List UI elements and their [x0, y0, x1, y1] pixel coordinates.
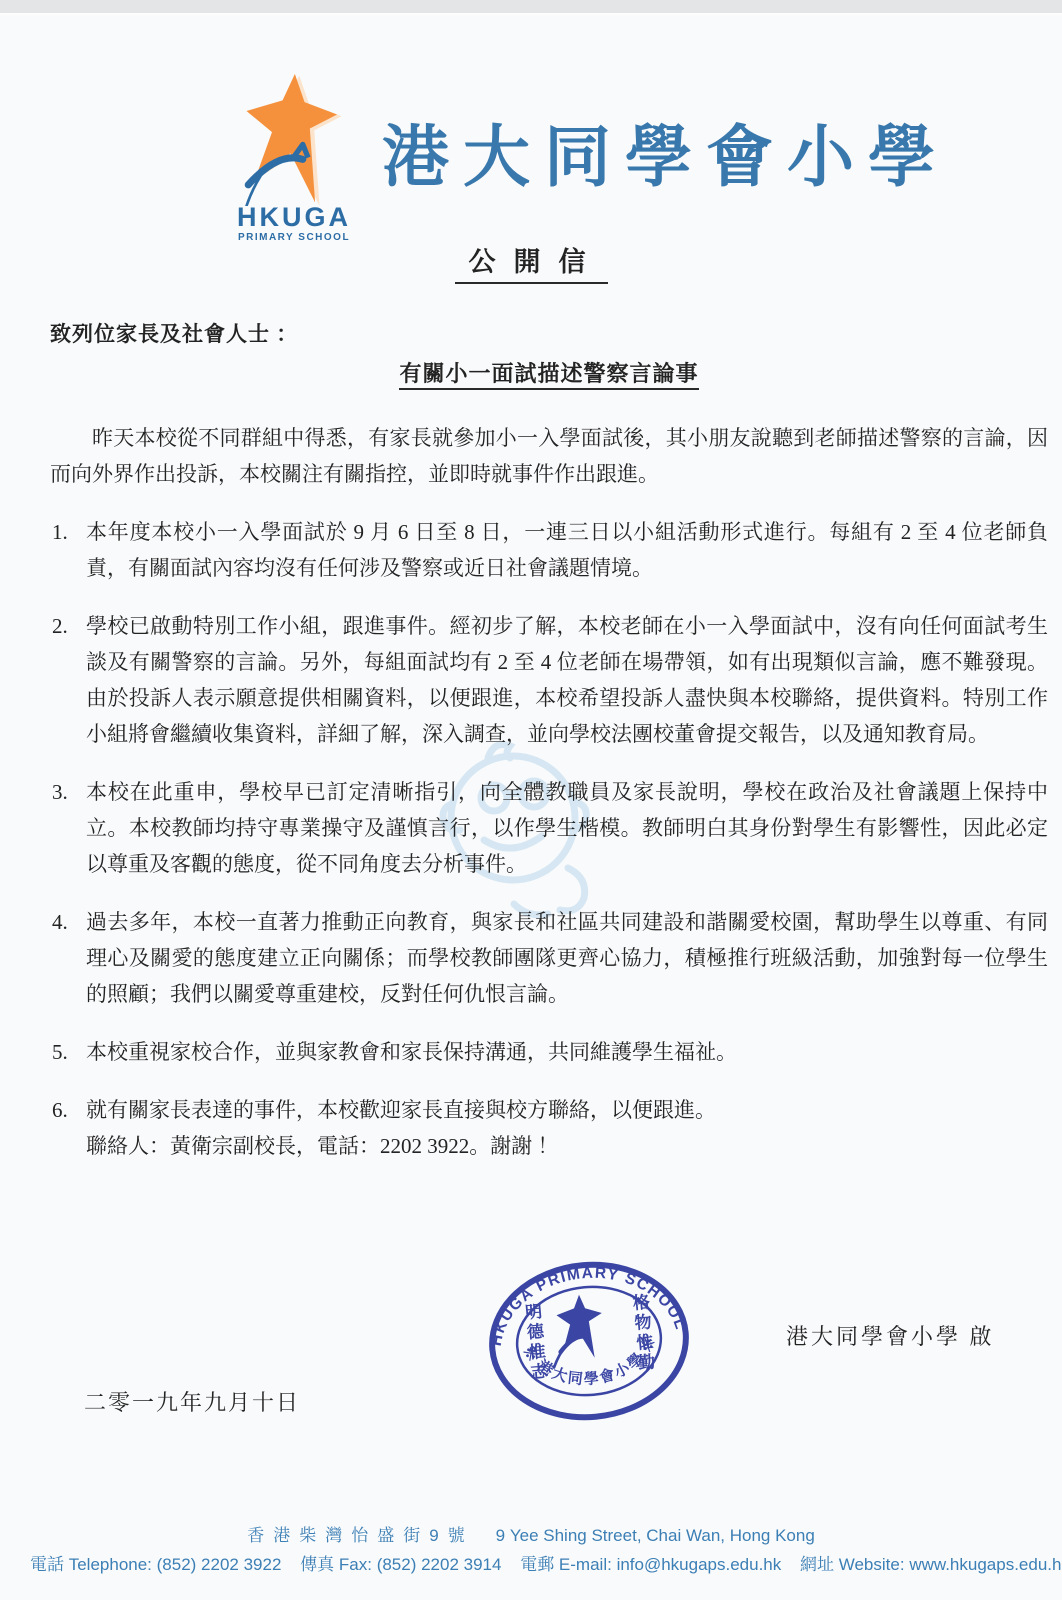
address-english: 9 Yee Shing Street, Chai Wan, Hong Kong [496, 1526, 815, 1545]
fax-value: (852) 2202 3914 [377, 1555, 502, 1574]
list-item-1: 1. 本年度本校小一入學面試於 9 月 6 日至 8 日，一連三日以小組活動形式… [50, 514, 1048, 586]
list-item-2: 2. 學校已啟動特別工作小組，跟進事件。經初步了解，本校老師在小一入學面試中，沒… [50, 608, 1048, 752]
item-text: 本校在此重申，學校早已訂定清晰指引，向全體教職員及家長說明，學校在政治及社會議題… [86, 780, 1048, 876]
item-text: 本年度本校小一入學面試於 9 月 6 日至 8 日，一連三日以小組活動形式進行。… [86, 520, 1048, 580]
address-chinese: 香港柴灣怡盛街9號 [247, 1526, 473, 1545]
email-label: 電郵 E-mail: [520, 1555, 612, 1574]
school-logo: HKUGA PRIMARY SCHOOL [228, 74, 360, 246]
telephone-label: 電話 Telephone: [30, 1555, 152, 1574]
list-item-4: 4. 過去多年，本校一直著力推動正向教育，與家長和社區共同建設和諧關愛校園，幫助… [50, 904, 1048, 1012]
intro-paragraph: 昨天本校從不同群組中得悉，有家長就參加小一入學面試後，其小朋友說聽到老師描述警察… [50, 420, 1048, 492]
item-number: 6. [52, 1092, 68, 1128]
list-item-6: 6. 就有關家長表達的事件，本校歡迎家長直接與校方聯絡，以便跟進。 聯絡人：黃衛… [50, 1092, 1048, 1164]
logo-acronym: HKUGA [228, 202, 360, 233]
item-text: 就有關家長表達的事件，本校歡迎家長直接與校方聯絡，以便跟進。 [86, 1098, 716, 1122]
fax-label: 傳真 Fax: [300, 1555, 372, 1574]
school-stamp: HKUGA PRIMARY SCHOOL ※ 港大同學會小學 ※ 明德惟志 格物… [477, 1247, 701, 1435]
item-number: 4. [52, 904, 68, 940]
letter-title: 公開信 [0, 240, 1062, 284]
item-number: 1. [52, 514, 68, 550]
school-name-calligraphy: 港大同學會小學 [382, 104, 892, 200]
item-text: 本校重視家校合作，並與家教會和家長保持溝通，共同維護學生福祉。 [86, 1040, 737, 1064]
signature: 港大同學會小學 啟 [786, 1320, 995, 1351]
item-text: 學校已啟動特別工作小組，跟進事件。經初步了解，本校老師在小一入學面試中，沒有向任… [86, 614, 1048, 746]
item-text: 過去多年，本校一直著力推動正向教育，與家長和社區共同建設和諧關愛校園，幫助學生以… [86, 910, 1048, 1006]
item-number: 5. [52, 1034, 68, 1070]
footer-contacts: 電話 Telephone: (852) 2202 3922 傳真 Fax: (8… [30, 1550, 1062, 1575]
telephone-value: (852) 2202 3922 [157, 1555, 282, 1574]
contact-line: 聯絡人：黃衛宗副校長，電話：2202 3922。謝謝 ！ [86, 1128, 1048, 1164]
list-item-5: 5. 本校重視家校合作，並與家教會和家長保持溝通，共同維護學生福祉。 [50, 1034, 1048, 1070]
letter-body: 致列位家長及社會人士 ： 有關小一面試描述警察言論事 昨天本校從不同群組中得悉，… [50, 316, 1048, 1164]
hkuga-star-icon [238, 74, 350, 206]
item-number: 2. [52, 608, 68, 644]
footer-address: 香港柴灣怡盛街9號9 Yee Shing Street, Chai Wan, H… [0, 1521, 1062, 1546]
scan-edge-strip [0, 0, 1062, 15]
website-value: www.hkugaps.edu.hk [909, 1555, 1062, 1574]
subject-line: 有關小一面試描述警察言論事 [50, 356, 1048, 392]
list-item-3: 3. 本校在此重申，學校早已訂定清晰指引，向全體教職員及家長說明，學校在政治及社… [50, 774, 1048, 882]
stamp-seal-icon: HKUGA PRIMARY SCHOOL ※ 港大同學會小學 ※ [477, 1247, 701, 1435]
letter-date: 二零一九年九月十日 [84, 1386, 300, 1417]
website-label: 網址 Website: [800, 1555, 905, 1574]
item-number: 3. [52, 774, 68, 810]
salutation: 致列位家長及社會人士 ： [50, 316, 1048, 352]
email-value: info@hkugaps.edu.hk [617, 1555, 782, 1574]
